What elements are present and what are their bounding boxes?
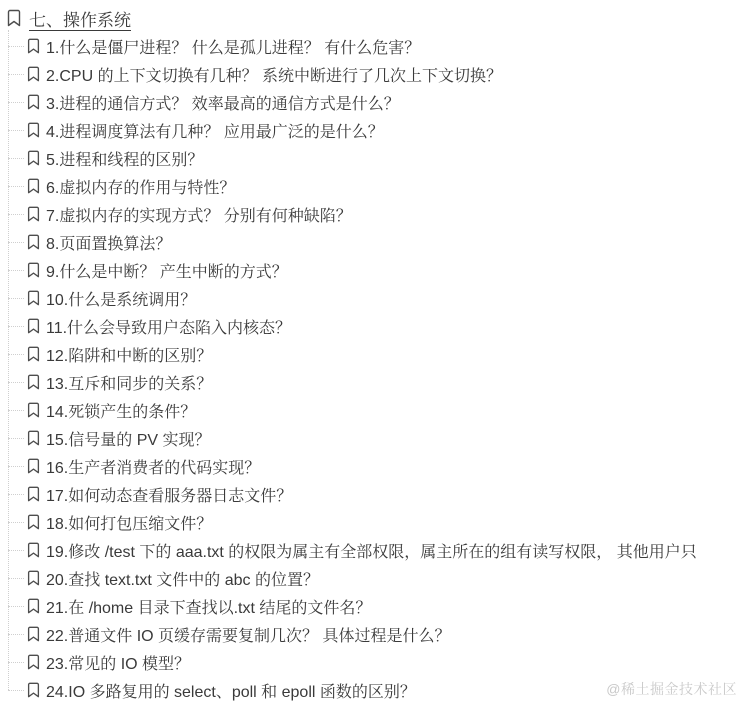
toc-item-label: 7.虚拟内存的实现方式？ 分别有何种缺陷？ — [46, 203, 352, 226]
tree-connector — [8, 74, 24, 75]
tree-connector — [8, 354, 24, 355]
toc-item-label: 20.查找 text.txt 文件中的 abc 的位置？ — [46, 567, 319, 590]
bookmark-icon — [27, 542, 40, 558]
bookmark-icon — [27, 626, 40, 642]
toc-item[interactable]: 15.信号量的 PV 实现？ — [0, 424, 740, 452]
toc-item-label: 17.如何动态查看服务器日志文件？ — [46, 483, 292, 506]
tree-connector — [8, 634, 24, 635]
bookmark-icon — [27, 206, 40, 222]
toc-item[interactable]: 3.进程的通信方式？ 效率最高的通信方式是什么？ — [0, 88, 740, 116]
toc-list: 1.什么是僵尸进程？ 什么是孤儿进程？ 有什么危害？ 2.CPU 的上下文切换有… — [0, 32, 740, 703]
tree-connector — [8, 158, 24, 159]
bookmark-icon — [27, 122, 40, 138]
bookmark-icon — [27, 66, 40, 82]
tree-connector — [8, 410, 24, 411]
bookmark-icon — [27, 486, 40, 502]
bookmark-icon — [27, 38, 40, 54]
toc-item[interactable]: 11.什么会导致用户态陷入内核态？ — [0, 312, 740, 340]
toc-item-label: 2.CPU 的上下文切换有几种？ 系统中断进行了几次上下文切换？ — [46, 63, 502, 86]
tree-connector — [8, 46, 24, 47]
bookmark-icon — [27, 318, 40, 334]
tree-connector — [8, 214, 24, 215]
toc-item[interactable]: 4.进程调度算法有几种？ 应用最广泛的是什么？ — [0, 116, 740, 144]
tree-connector — [8, 690, 24, 691]
bookmark-icon — [27, 402, 40, 418]
toc-item-label: 10.什么是系统调用？ — [46, 287, 196, 310]
section-header: 七、操作系统 — [7, 6, 131, 30]
toc-item[interactable]: 1.什么是僵尸进程？ 什么是孤儿进程？ 有什么危害？ — [0, 32, 740, 60]
toc-item[interactable]: 5.进程和线程的区别？ — [0, 144, 740, 172]
bookmark-icon — [27, 346, 40, 362]
watermark: @稀土掘金技术社区 — [606, 679, 737, 699]
toc-item-label: 1.什么是僵尸进程？ 什么是孤儿进程？ 有什么危害？ — [46, 35, 420, 58]
bookmark-icon — [27, 178, 40, 194]
tree-connector — [8, 438, 24, 439]
toc-item-label: 16.生产者消费者的代码实现？ — [46, 455, 260, 478]
tree-connector — [8, 130, 24, 131]
toc-item[interactable]: 10.什么是系统调用？ — [0, 284, 740, 312]
toc-item[interactable]: 9.什么是中断？ 产生中断的方式？ — [0, 256, 740, 284]
tree-connector — [8, 494, 24, 495]
bookmark-icon — [27, 234, 40, 250]
toc-item-label: 11.什么会导致用户态陷入内核态？ — [46, 315, 291, 338]
toc-item-label: 4.进程调度算法有几种？ 应用最广泛的是什么？ — [46, 119, 384, 142]
toc-item[interactable]: 22.普通文件 IO 页缓存需要复制几次？ 具体过程是什么？ — [0, 620, 740, 648]
tree-connector — [8, 102, 24, 103]
toc-item[interactable]: 6.虚拟内存的作用与特性？ — [0, 172, 740, 200]
bookmark-icon — [27, 262, 40, 278]
toc-item-label: 9.什么是中断？ 产生中断的方式？ — [46, 259, 288, 282]
toc-item-label: 15.信号量的 PV 实现？ — [46, 427, 210, 450]
bookmark-icon — [27, 430, 40, 446]
bookmark-icon — [7, 9, 21, 27]
toc-item-label: 24.IO 多路复用的 select、poll 和 epoll 函数的区别？ — [46, 679, 416, 702]
toc-item-label: 3.进程的通信方式？ 效率最高的通信方式是什么？ — [46, 91, 400, 114]
toc-item[interactable]: 19.修改 /test 下的 aaa.txt 的权限为属主有全部权限，属主所在的… — [0, 536, 740, 564]
toc-item[interactable]: 8.页面置换算法？ — [0, 228, 740, 256]
toc-item-label: 22.普通文件 IO 页缓存需要复制几次？ 具体过程是什么？ — [46, 623, 450, 646]
bookmark-icon — [27, 458, 40, 474]
bookmark-icon — [27, 654, 40, 670]
tree-connector — [8, 326, 24, 327]
toc-item-label: 21.在 /home 目录下查找以.txt 结尾的文件名？ — [46, 595, 371, 618]
tree-connector — [8, 522, 24, 523]
bookmark-icon — [27, 598, 40, 614]
toc-item[interactable]: 2.CPU 的上下文切换有几种？ 系统中断进行了几次上下文切换？ — [0, 60, 740, 88]
toc-item-label: 13.互斥和同步的关系？ — [46, 371, 212, 394]
toc-item-label: 6.虚拟内存的作用与特性？ — [46, 175, 235, 198]
bookmark-icon — [27, 150, 40, 166]
toc-item[interactable]: 20.查找 text.txt 文件中的 abc 的位置？ — [0, 564, 740, 592]
toc-item[interactable]: 12.陷阱和中断的区别？ — [0, 340, 740, 368]
section-title[interactable]: 七、操作系统 — [29, 6, 131, 31]
tree-connector — [8, 466, 24, 467]
bookmark-icon — [27, 514, 40, 530]
bookmark-icon — [27, 682, 40, 698]
toc-item[interactable]: 16.生产者消费者的代码实现？ — [0, 452, 740, 480]
toc-item[interactable]: 14.死锁产生的条件？ — [0, 396, 740, 424]
tree-connector — [8, 606, 24, 607]
bookmark-icon — [27, 290, 40, 306]
toc-item-label: 5.进程和线程的区别？ — [46, 147, 203, 170]
toc-item-label: 8.页面置换算法？ — [46, 231, 171, 254]
tree-connector — [8, 242, 24, 243]
tree-connector — [8, 186, 24, 187]
tree-connector — [8, 578, 24, 579]
page: { "header": { "title": "七、操作系统" }, "item… — [0, 0, 740, 703]
toc-item[interactable]: 18.如何打包压缩文件？ — [0, 508, 740, 536]
tree-connector — [8, 270, 24, 271]
tree-connector — [8, 550, 24, 551]
toc-item[interactable]: 13.互斥和同步的关系？ — [0, 368, 740, 396]
toc-item[interactable]: 17.如何动态查看服务器日志文件？ — [0, 480, 740, 508]
toc-item-label: 12.陷阱和中断的区别？ — [46, 343, 212, 366]
tree-connector — [8, 662, 24, 663]
toc-document: 七、操作系统 1.什么是僵尸进程？ 什么是孤儿进程？ 有什么危害？ 2.CPU … — [0, 0, 740, 703]
toc-item-label: 18.如何打包压缩文件？ — [46, 511, 212, 534]
toc-item-label: 19.修改 /test 下的 aaa.txt 的权限为属主有全部权限，属主所在的… — [46, 539, 697, 562]
toc-item[interactable]: 7.虚拟内存的实现方式？ 分别有何种缺陷？ — [0, 200, 740, 228]
bookmark-icon — [27, 94, 40, 110]
toc-item[interactable]: 23.常见的 IO 模型？ — [0, 648, 740, 676]
bookmark-icon — [27, 570, 40, 586]
tree-connector — [8, 382, 24, 383]
tree-connector — [8, 298, 24, 299]
toc-item-label: 23.常见的 IO 模型？ — [46, 651, 190, 674]
toc-item[interactable]: 21.在 /home 目录下查找以.txt 结尾的文件名？ — [0, 592, 740, 620]
toc-item-label: 14.死锁产生的条件？ — [46, 399, 196, 422]
bookmark-icon — [27, 374, 40, 390]
